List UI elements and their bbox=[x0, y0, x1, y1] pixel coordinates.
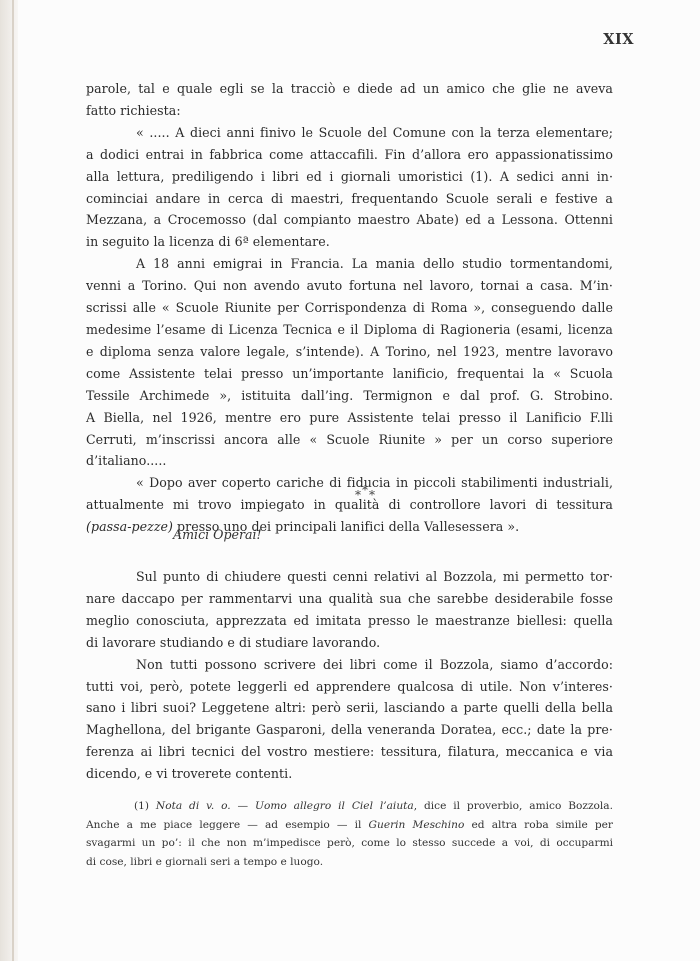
text-line: (passa-pezze) presso uno dei principali … bbox=[86, 516, 613, 538]
footnote-line: (1) Nota di v. o. — Uomo allegro il Ciel… bbox=[86, 797, 613, 816]
book-page: XIX parole, tal e quale egli se la tracc… bbox=[0, 0, 700, 961]
text-line: Mezzana, a Crocemosso (dal compianto mae… bbox=[86, 209, 613, 231]
text-line: come Assistente telai presso un’importan… bbox=[86, 363, 613, 385]
italic-term: (passa-pezze) bbox=[86, 519, 173, 534]
paragraph-closing: Sul punto di chiudere questi cenni relat… bbox=[86, 566, 613, 654]
text-line: nare daccapo per rammentarvi una qualità… bbox=[86, 588, 613, 610]
text-line: dicendo, e vi troverete contenti. bbox=[86, 763, 613, 785]
text-line: Sul punto di chiudere questi cenni relat… bbox=[86, 566, 613, 588]
text-line: Non tutti possono scrivere dei libri com… bbox=[86, 654, 613, 676]
text-line: « ..... A dieci anni finivo le Scuole de… bbox=[86, 122, 613, 144]
text-line: in seguito la licenza di 6ª elementare. bbox=[86, 231, 613, 253]
book-title: Guerin Meschino bbox=[369, 819, 465, 831]
section-greeting: Amici Operai! bbox=[173, 527, 262, 542]
text-line: di lavorare studiando e di studiare lavo… bbox=[86, 632, 613, 654]
text-line: tutti voi, però, potete leggerli ed appr… bbox=[86, 676, 613, 698]
paragraph-reading-advice: Non tutti possono scrivere dei libri com… bbox=[86, 654, 613, 785]
text-line: A 18 anni emigrai in Francia. La mania d… bbox=[86, 253, 613, 275]
footnote-proverb: Uomo allegro il Ciel l’aiuta bbox=[255, 800, 414, 812]
paragraph-intro: parole, tal e quale egli se la tracciò e… bbox=[86, 78, 613, 122]
text-line: cominciai andare in cerca di maestri, fr… bbox=[86, 188, 613, 210]
footnote-line: Anche a me piace leggere — ad esempio — … bbox=[86, 816, 613, 835]
text-line: sano i libri suoi? Leggetene altri: però… bbox=[86, 697, 613, 719]
footnote-marker: (1) bbox=[134, 800, 149, 812]
text-line: attualmente mi trovo impiegato in qualit… bbox=[86, 494, 613, 516]
text-line: Maghellona, del brigante Gasparoni, dell… bbox=[86, 719, 613, 741]
page-number: XIX bbox=[603, 31, 634, 48]
text-line: medesime l’esame di Licenza Tecnica e il… bbox=[86, 319, 613, 341]
text-block-address: Sul punto di chiudere questi cenni relat… bbox=[86, 566, 613, 785]
asterism-star-top: * bbox=[362, 483, 369, 497]
text-line: alla lettura, prediligendo i libri ed i … bbox=[86, 166, 613, 188]
paragraph-quote-emigration: A 18 anni emigrai in Francia. La mania d… bbox=[86, 253, 613, 472]
footnote-line: svagarmi un po’: il che non m’impedisce … bbox=[86, 834, 613, 853]
binding-edge bbox=[12, 0, 14, 961]
footnote-label: Nota di v. o. bbox=[156, 800, 231, 812]
text-block-letter-start: parole, tal e quale egli se la tracciò e… bbox=[86, 78, 613, 538]
text-line: d’italiano..... bbox=[86, 450, 613, 472]
text-line: a dodici entrai in fabbrica come attacca… bbox=[86, 144, 613, 166]
text-line: parole, tal e quale egli se la tracciò e… bbox=[86, 78, 613, 100]
asterism-star-left: * bbox=[355, 488, 362, 502]
text-run: Anche a me piace leggere — ad esempio — … bbox=[86, 819, 369, 831]
text-line: Cerruti, m’inscrissi ancora alle « Scuol… bbox=[86, 429, 613, 451]
text-line: meglio conosciuta, apprezzata ed imitata… bbox=[86, 610, 613, 632]
footnote: (1) Nota di v. o. — Uomo allegro il Ciel… bbox=[86, 797, 613, 871]
text-run: , dice il proverbio, amico Bozzola. bbox=[414, 800, 613, 812]
page-gutter-shadow bbox=[0, 0, 18, 961]
footnote-line: di cose, libri e giornali seri a tempo e… bbox=[86, 853, 613, 872]
text-line: scrissi alle « Scuole Riunite per Corris… bbox=[86, 297, 613, 319]
paragraph-quote-childhood: « ..... A dieci anni finivo le Scuole de… bbox=[86, 122, 613, 253]
paragraph-quote-current-job: « Dopo aver coperto cariche di fiducia i… bbox=[86, 472, 613, 538]
text-line: ferenza ai libri tecnici del vostro mest… bbox=[86, 741, 613, 763]
text-line: fatto richiesta: bbox=[86, 100, 613, 122]
text-run: ed altra roba simile per bbox=[464, 819, 613, 831]
text-line: A Biella, nel 1926, mentre ero pure Assi… bbox=[86, 407, 613, 429]
text-line: Tessile Archimede », istituita dall’ing.… bbox=[86, 385, 613, 407]
section-asterism: *** bbox=[355, 488, 376, 502]
text-run: — bbox=[231, 800, 255, 812]
asterism-star-right: * bbox=[369, 488, 376, 502]
text-line: « Dopo aver coperto cariche di fiducia i… bbox=[86, 472, 613, 494]
text-line: e diploma senza valore legale, s’intende… bbox=[86, 341, 613, 363]
text-line: venni a Torino. Qui non avendo avuto for… bbox=[86, 275, 613, 297]
